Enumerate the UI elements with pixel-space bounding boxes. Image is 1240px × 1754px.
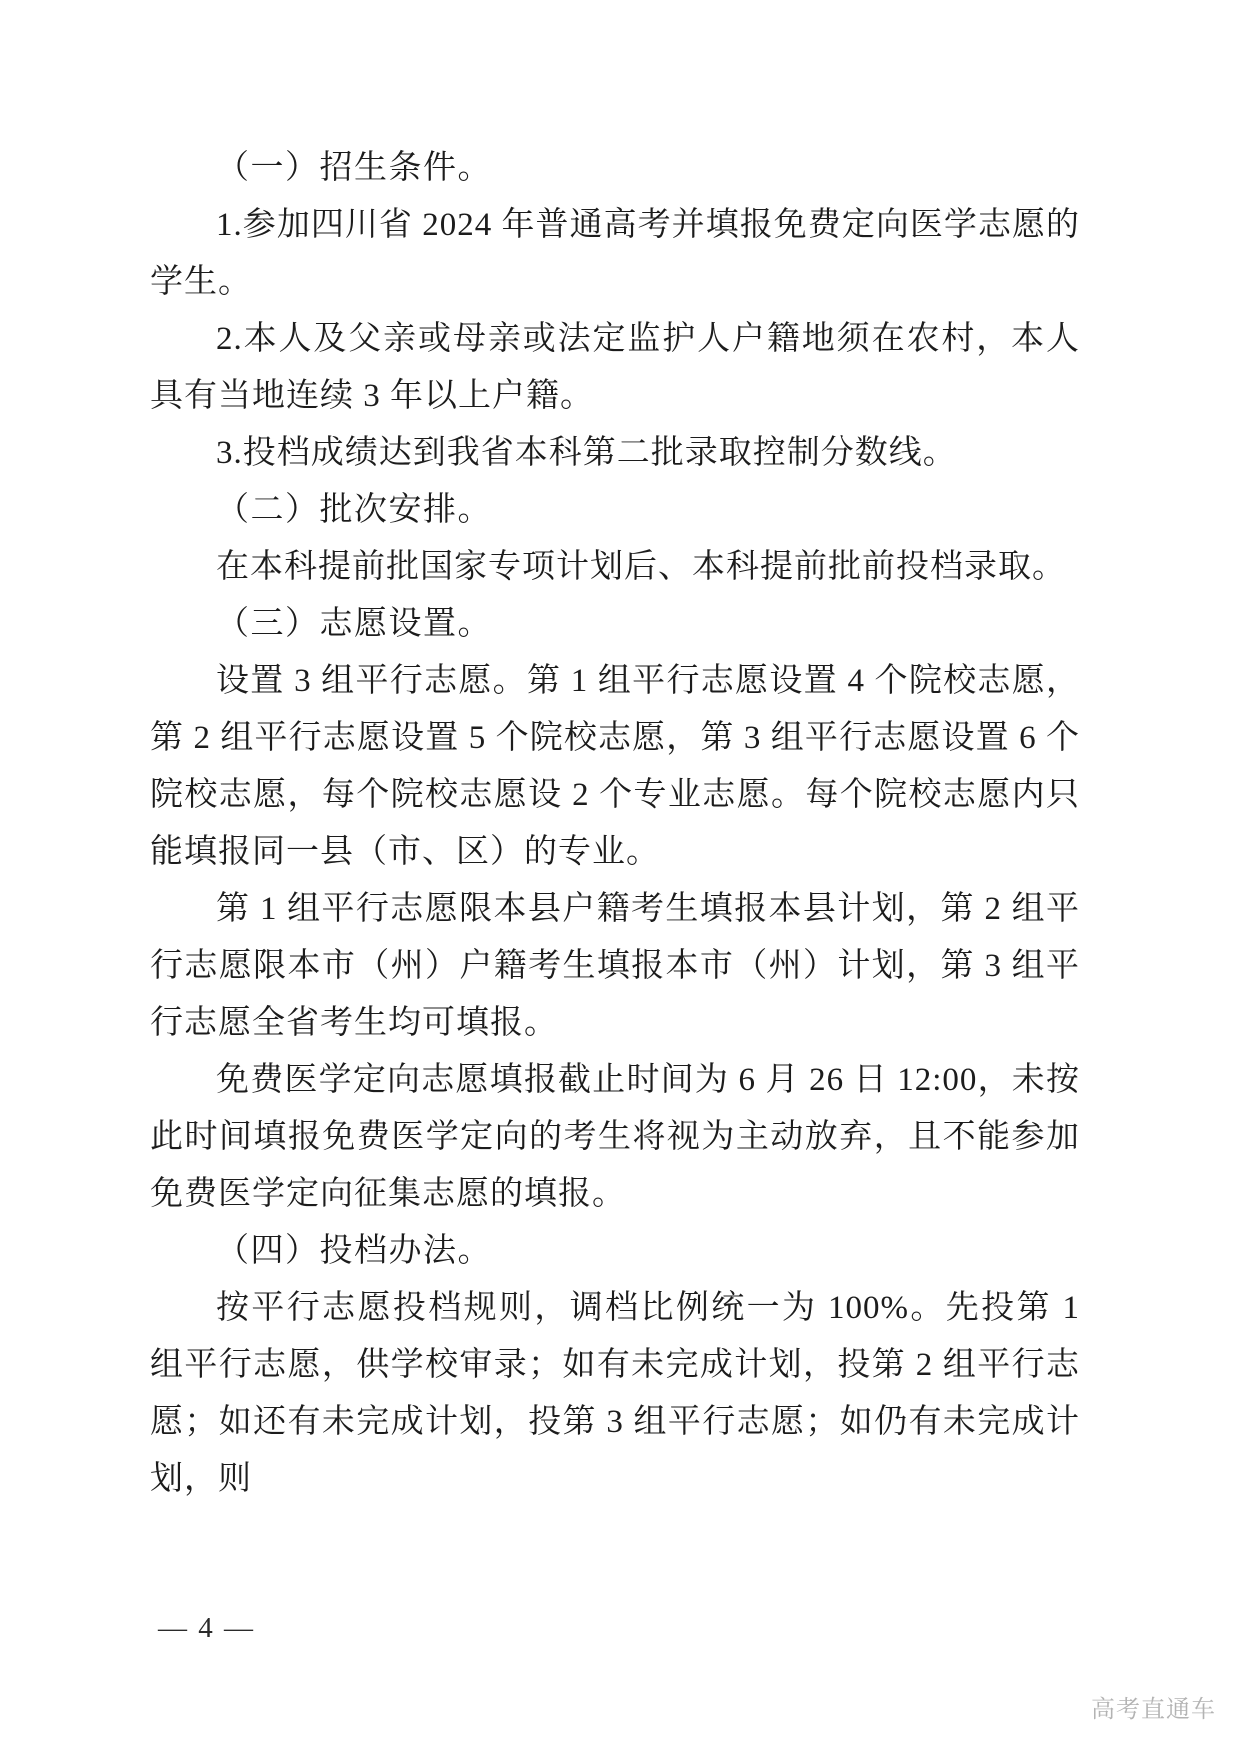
paragraph-volunteer-restrictions: 第 1 组平行志愿限本县户籍考生填报本县计划，第 2 组平行志愿限本市（州）户籍… — [150, 881, 1080, 1052]
document-body: （一）招生条件。 1.参加四川省 2024 年普通高考并填报免费定向医学志愿的学… — [150, 140, 1080, 1508]
section-heading-filing-method: （四）投档办法。 — [150, 1223, 1080, 1280]
section-heading-volunteer-setup: （三）志愿设置。 — [150, 596, 1080, 653]
document-page: （一）招生条件。 1.参加四川省 2024 年普通高考并填报免费定向医学志愿的学… — [0, 0, 1240, 1754]
paragraph-condition-3: 3.投档成绩达到我省本科第二批录取控制分数线。 — [150, 425, 1080, 482]
paragraph-volunteer-groups: 设置 3 组平行志愿。第 1 组平行志愿设置 4 个院校志愿，第 2 组平行志愿… — [150, 653, 1080, 881]
section-heading-batch-arrangement: （二）批次安排。 — [150, 482, 1080, 539]
page-number: — 4 — — [158, 1612, 255, 1644]
paragraph-batch-arrangement: 在本科提前批国家专项计划后、本科提前批前投档录取。 — [150, 539, 1080, 596]
watermark-gaokao-zhitongche: 高考直通车 — [1091, 1696, 1216, 1724]
section-heading-enrollment-conditions: （一）招生条件。 — [150, 140, 1080, 197]
paragraph-condition-2: 2.本人及父亲或母亲或法定监护人户籍地须在农村，本人具有当地连续 3 年以上户籍… — [150, 311, 1080, 425]
paragraph-filing-rules: 按平行志愿投档规则，调档比例统一为 100%。先投第 1 组平行志愿，供学校审录… — [150, 1280, 1080, 1508]
paragraph-condition-1: 1.参加四川省 2024 年普通高考并填报免费定向医学志愿的学生。 — [150, 197, 1080, 311]
paragraph-deadline: 免费医学定向志愿填报截止时间为 6 月 26 日 12:00，未按此时间填报免费… — [150, 1052, 1080, 1223]
